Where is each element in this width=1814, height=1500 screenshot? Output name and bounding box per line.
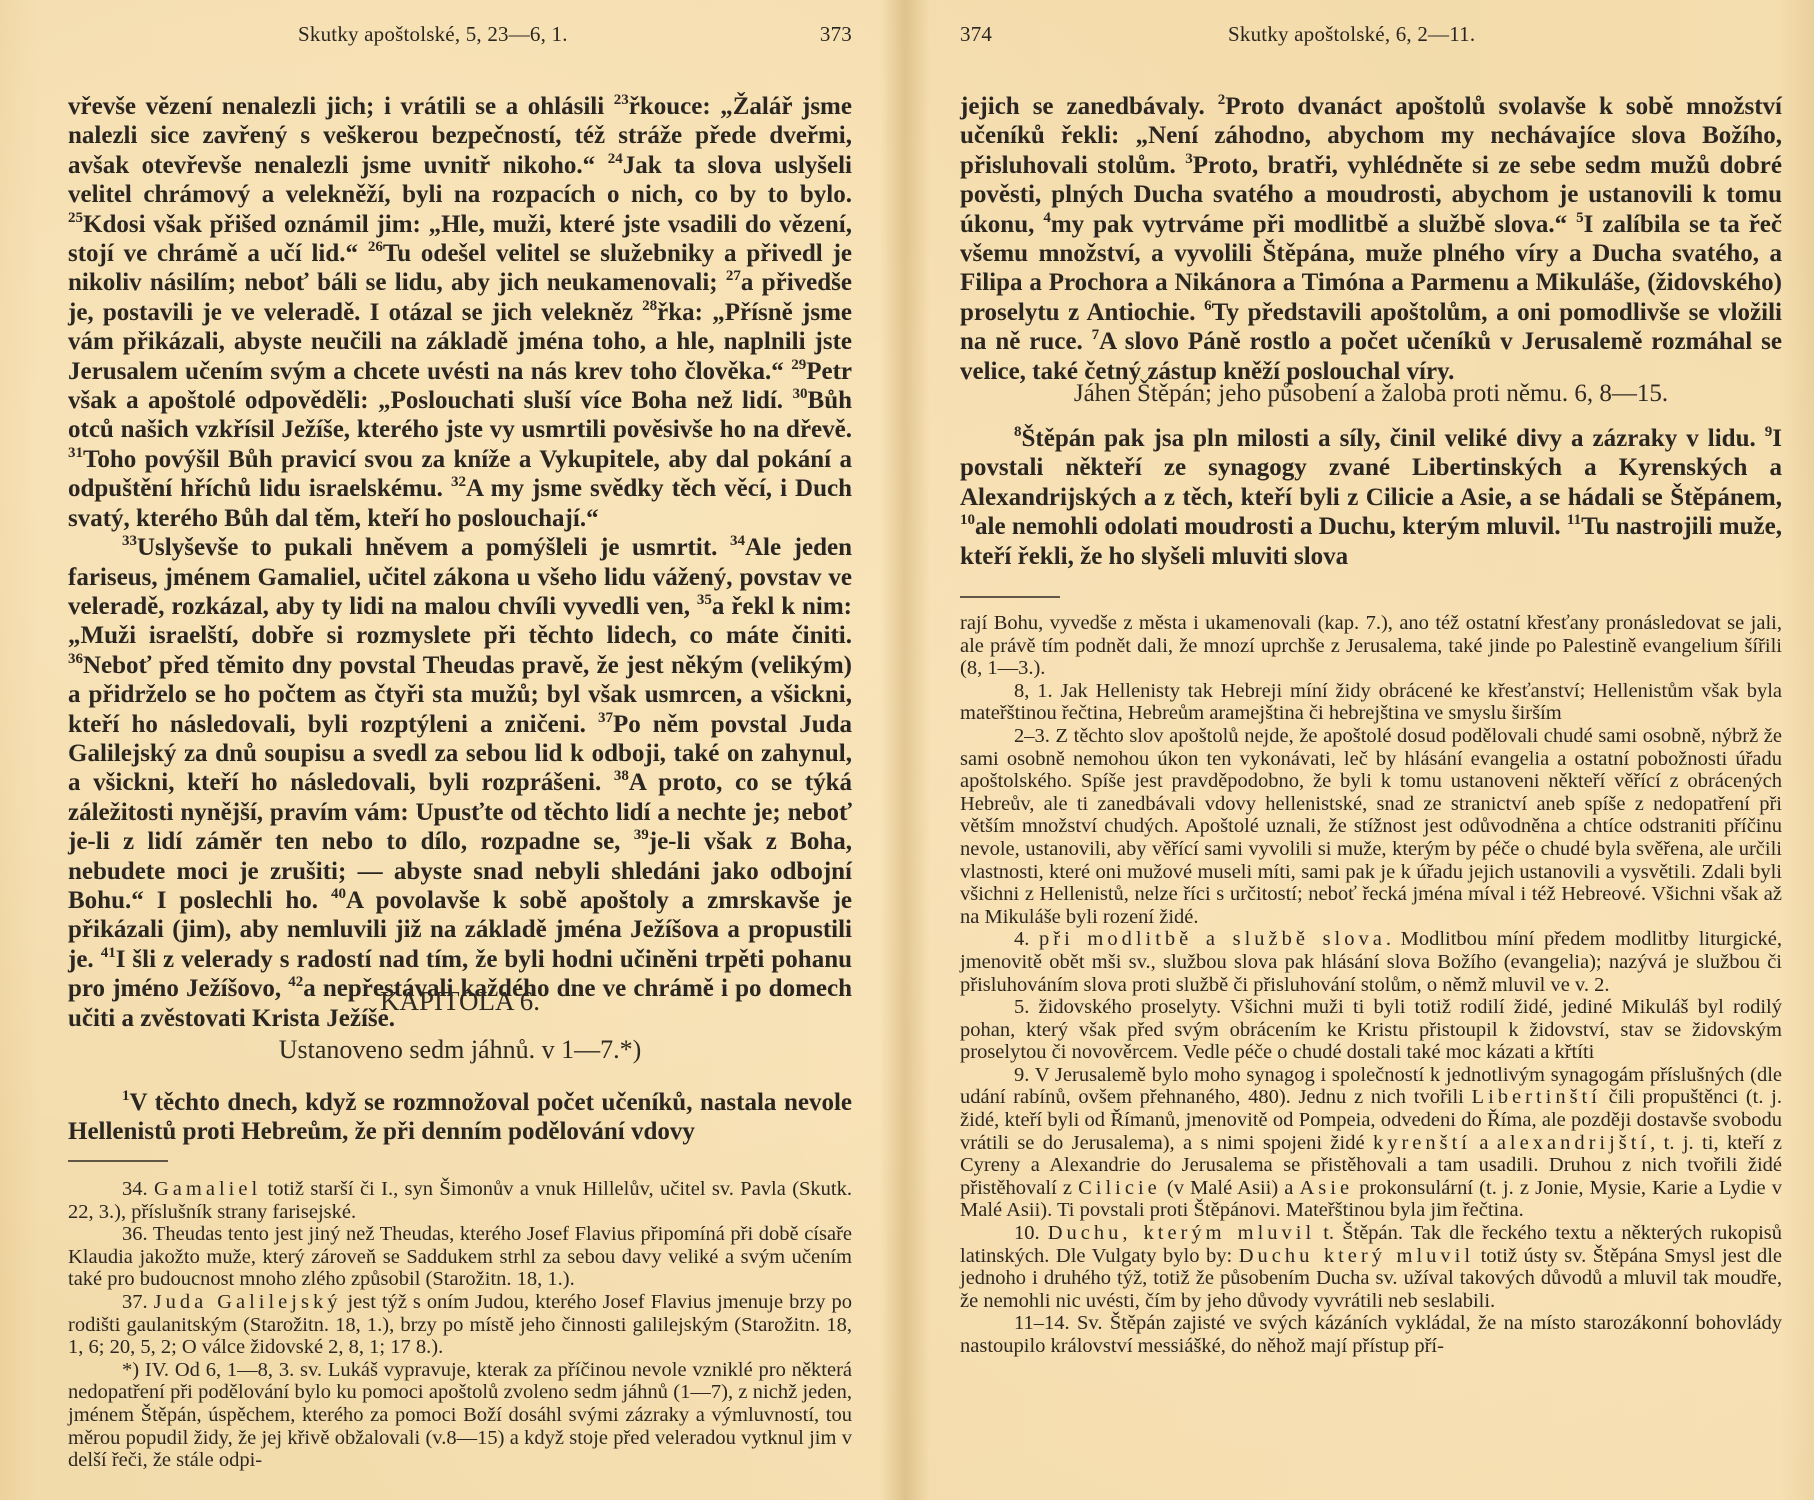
running-title: Skutky apoštolské, 6, 2—11. (1228, 22, 1475, 47)
chapter-heading: KAPITOLA 6. (68, 984, 852, 1018)
verse-number: 25 (68, 210, 83, 226)
spaced-term: Cilicie (1078, 1177, 1161, 1199)
footnote-rule (68, 1160, 168, 1162)
chapter-text: 1V těchto dnech, když se rozmnožoval poč… (68, 1088, 852, 1147)
verse-number: 8 (1014, 424, 1022, 440)
book-gutter-shadow (880, 0, 930, 1500)
text-run: 4. (1014, 928, 1039, 950)
body-text: jejich se zanedbávaly. 2Proto dvanáct ap… (960, 92, 1782, 386)
verse-number: 10 (960, 512, 975, 528)
text-run: 10. (1014, 1222, 1048, 1244)
text-run: 11–14. Sv. Štěpán zajisté ve svých kázán… (960, 1312, 1782, 1357)
verse-number: 39 (634, 827, 649, 843)
right-page: 374 Skutky apoštolské, 6, 2—11. jejich s… (960, 0, 1782, 1500)
spaced-term: Asie (1300, 1177, 1354, 1199)
spaced-term: při modlitbě a službě slova (1039, 928, 1386, 950)
body-text: vřevše vězení nenalezli jich; i vrátili … (68, 92, 852, 1033)
verse-number: 28 (642, 298, 657, 314)
paragraph: 1V těchto dnech, když se rozmnožoval poč… (68, 1088, 852, 1147)
text-run: 2–3. Z těchto slov apoštolů nejde, že ap… (960, 725, 1782, 928)
verse-number: 29 (791, 357, 806, 373)
footnotes: rají Bohu, vyvedše z města i ukamenovali… (960, 612, 1782, 1358)
verse-number: 30 (793, 386, 808, 402)
left-page: Skutky apoštolské, 5, 23—6, 1. 373 vřevš… (68, 0, 852, 1500)
spaced-term: Juda Galilejský (154, 1291, 342, 1313)
section-text: 8Štěpán pak jsa pln milosti a síly, čini… (960, 424, 1782, 571)
spaced-term: Libertinští (1472, 1086, 1601, 1108)
footnote: 9. V Jerusalemě bylo moho synagog i spol… (960, 1064, 1782, 1222)
text-run: Štěpán pak jsa pln milosti a síly, činil… (1022, 425, 1765, 452)
verse-number: 31 (68, 445, 83, 461)
footnote: 8, 1. Jak Hellenisty tak Hebreji míní ži… (960, 680, 1782, 725)
text-run: (v Malé Asii) a (1161, 1177, 1300, 1199)
verse-number: 41 (101, 945, 116, 961)
running-header: Skutky apoštolské, 5, 23—6, 1. 373 (68, 22, 852, 52)
verse-number: 35 (697, 592, 712, 608)
footnote: 34. Gamaliel totiž starší či I., syn Šim… (68, 1178, 852, 1223)
footnote: 10. Duchu, kterým mluvil t. Štěpán. Tak … (960, 1222, 1782, 1312)
verse-number: 36 (68, 651, 83, 667)
paragraph: 8Štěpán pak jsa pln milosti a síly, čini… (960, 424, 1782, 571)
verse-number: 32 (451, 474, 466, 490)
footnotes: 34. Gamaliel totiž starší či I., syn Šim… (68, 1178, 852, 1472)
footnote-rule (960, 596, 1060, 598)
text-run: V těchto dnech, když se rozmnožoval poče… (68, 1089, 852, 1145)
footnote: 2–3. Z těchto slov apoštolů nejde, že ap… (960, 725, 1782, 928)
section-heading: Ustanoveno sedm jáhnů. v 1—7.*) (68, 1034, 852, 1066)
text-run: a (1471, 1132, 1497, 1154)
footnote: 5. židovského proselyty. Všichni muži ti… (960, 996, 1782, 1064)
verse-number: 6 (1204, 298, 1212, 314)
footnote: 36. Theudas tento jest jiný než Theudas,… (68, 1223, 852, 1291)
verse-number: 33 (122, 533, 137, 549)
section-heading: Jáhen Štěpán; jeho působení a žaloba pro… (960, 378, 1782, 410)
text-run: my pak vytrváme při modlitbě a službě sl… (1051, 211, 1576, 238)
text-run: 37. (122, 1291, 154, 1313)
verse-number: 23 (614, 92, 629, 108)
verse-number: 38 (614, 768, 629, 784)
verse-number: 3 (1185, 151, 1193, 167)
footnote: 4. při modlitbě a službě slova. Modlitbo… (960, 928, 1782, 996)
page-number: 373 (820, 22, 852, 47)
verse-number: 40 (331, 886, 346, 902)
paragraph: vřevše vězení nenalezli jich; i vrátili … (68, 92, 852, 533)
verse-number: 24 (608, 151, 623, 167)
spaced-term: Duchu, kterým mluvil (1048, 1222, 1315, 1244)
footnote: *) IV. Od 6, 1—8, 3. sv. Lukáš vypravuje… (68, 1359, 852, 1472)
text-run: 34. (122, 1178, 154, 1200)
verse-number: 34 (730, 533, 745, 549)
paragraph: 33Uslyševše to pukali hněvem a pomýšleli… (68, 533, 852, 1033)
footnote: 11–14. Sv. Štěpán zajisté ve svých kázán… (960, 1312, 1782, 1357)
verse-number: 11 (1567, 512, 1581, 528)
text-run: 5. židovského proselyty. Všichni muži ti… (960, 996, 1782, 1063)
verse-number: 26 (368, 239, 383, 255)
text-run: 8, 1. Jak Hellenisty tak Hebreji míní ži… (960, 680, 1782, 725)
verse-number: 4 (1043, 210, 1051, 226)
running-title: Skutky apoštolské, 5, 23—6, 1. (298, 22, 568, 47)
verse-number: 1 (122, 1088, 130, 1104)
text-run: Uslyševše to pukali hněvem a pomýšleli j… (137, 534, 730, 561)
footnote: rají Bohu, vyvedše z města i ukamenovali… (960, 612, 1782, 680)
text-run: ale nemohli odolati moudrosti a Duchu, k… (975, 513, 1567, 540)
text-run: jejich se zanedbávaly. (960, 93, 1218, 120)
running-header: 374 Skutky apoštolské, 6, 2—11. (960, 22, 1782, 52)
text-run: 36. Theudas tento jest jiný než Theudas,… (68, 1223, 852, 1290)
page-number: 374 (960, 22, 992, 47)
text-run: vřevše vězení nenalezli jich; i vrátili … (68, 93, 614, 120)
verse-number: 37 (598, 710, 613, 726)
verse-number: 5 (1576, 210, 1584, 226)
verse-number: 27 (726, 268, 741, 284)
paragraph: jejich se zanedbávaly. 2Proto dvanáct ap… (960, 92, 1782, 386)
spaced-term: Gamaliel (154, 1178, 261, 1200)
spaced-term: Duchu který mluvil (1239, 1245, 1474, 1267)
spaced-term: alexandrijští (1497, 1132, 1650, 1154)
spaced-term: kyrenští (1373, 1132, 1471, 1154)
text-run: rají Bohu, vyvedše z města i ukamenovali… (960, 612, 1782, 679)
text-run: *) IV. Od 6, 1—8, 3. sv. Lukáš vypravuje… (68, 1359, 852, 1471)
footnote: 37. Juda Galilejský jest týž s oním Judo… (68, 1291, 852, 1359)
